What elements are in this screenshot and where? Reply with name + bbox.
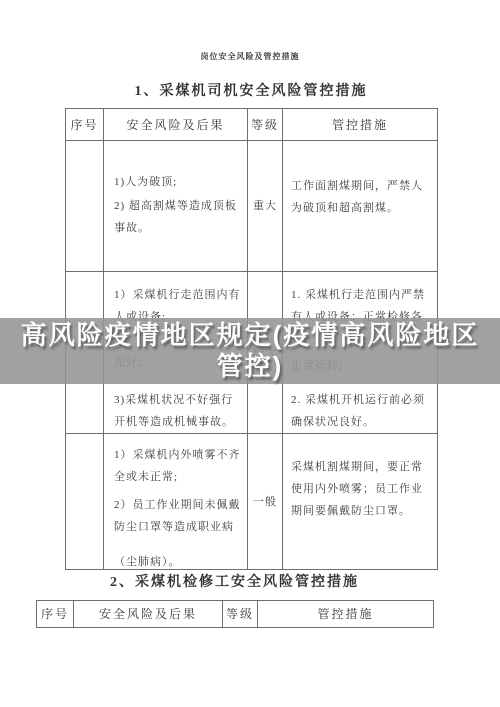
section2-title: 2、采煤机检修工安全风险管控措施 [36, 571, 433, 591]
section1-title: 1、采煤机司机安全风险管控措施 [65, 80, 437, 100]
risk-line: 1)人为破顶; [114, 171, 241, 193]
table1-header-level: 等级 [248, 109, 283, 141]
measure-line: 工作面割煤期间，严禁人为破顶和超高割煤。 [291, 175, 431, 219]
watermark-text: 高风险疫情地区规定(疫情高风险地区管控) [19, 320, 481, 382]
table1-row3-risk-cell: 1）采煤机内外喷雾不齐全或未正常; 2）员工作业期间未佩戴防尘口罩等造成职业病 … [104, 434, 248, 570]
table1-header-measure: 管控措施 [283, 109, 438, 141]
risk-table-2: 序号 安全风险及后果 等级 管控措施 [36, 600, 434, 628]
table2-header-risk: 安全风险及后果 [74, 601, 223, 628]
level-badge: 重大 [253, 195, 277, 217]
table1-row3-measure-cell: 采煤机割煤期间，要正常使用内外喷雾；员工作业期间要佩戴防尘口罩。 [283, 434, 438, 570]
measure-line: 2. 采煤机开机运行前必须确保状况良好。 [291, 389, 431, 433]
table1-row1-seq-cell [66, 141, 104, 272]
table1-row3-level-cell: 一般 [248, 434, 283, 570]
table1-row3-seq-cell [66, 434, 104, 570]
table1-row1-measure-cell: 工作面割煤期间，严禁人为破顶和超高割煤。 [283, 141, 438, 272]
table1-row1-level-cell: 重大 [248, 141, 283, 272]
table2-header-seq: 序号 [37, 601, 74, 628]
table2-header-measure: 管控措施 [258, 601, 434, 628]
table1-header-seq: 序号 [66, 109, 104, 141]
risk-line: 1）采煤机内外喷雾不齐全或未正常; [114, 444, 241, 488]
risk-line: 3)采煤机状况不好强行开机等造成机械事故。 [114, 389, 241, 433]
table2-header-level: 等级 [223, 601, 258, 628]
risk-line: 2）员工作业期间未佩戴防尘口罩等造成职业病 [114, 494, 241, 538]
doc-header: 岗位安全风险及管控措施 [0, 51, 500, 62]
measure-line: 采煤机割煤期间，要正常使用内外喷雾；员工作业期间要佩戴防尘口罩。 [291, 456, 431, 522]
table1-row1-risk-cell: 1)人为破顶; 2) 超高割煤等造成顶板事故。 [104, 141, 248, 272]
risk-line: 2) 超高割煤等造成顶板事故。 [114, 195, 241, 239]
level-badge: 一般 [253, 491, 277, 513]
document-page: 岗位安全风险及管控措施 1、采煤机司机安全风险管控措施 序号 安全风险及后果 等… [0, 0, 500, 707]
table1-header-risk: 安全风险及后果 [104, 109, 248, 141]
watermark-overlay-band: 高风险疫情地区规定(疫情高风险地区管控) [0, 318, 500, 384]
risk-line: （尘肺病）。 [114, 551, 241, 570]
